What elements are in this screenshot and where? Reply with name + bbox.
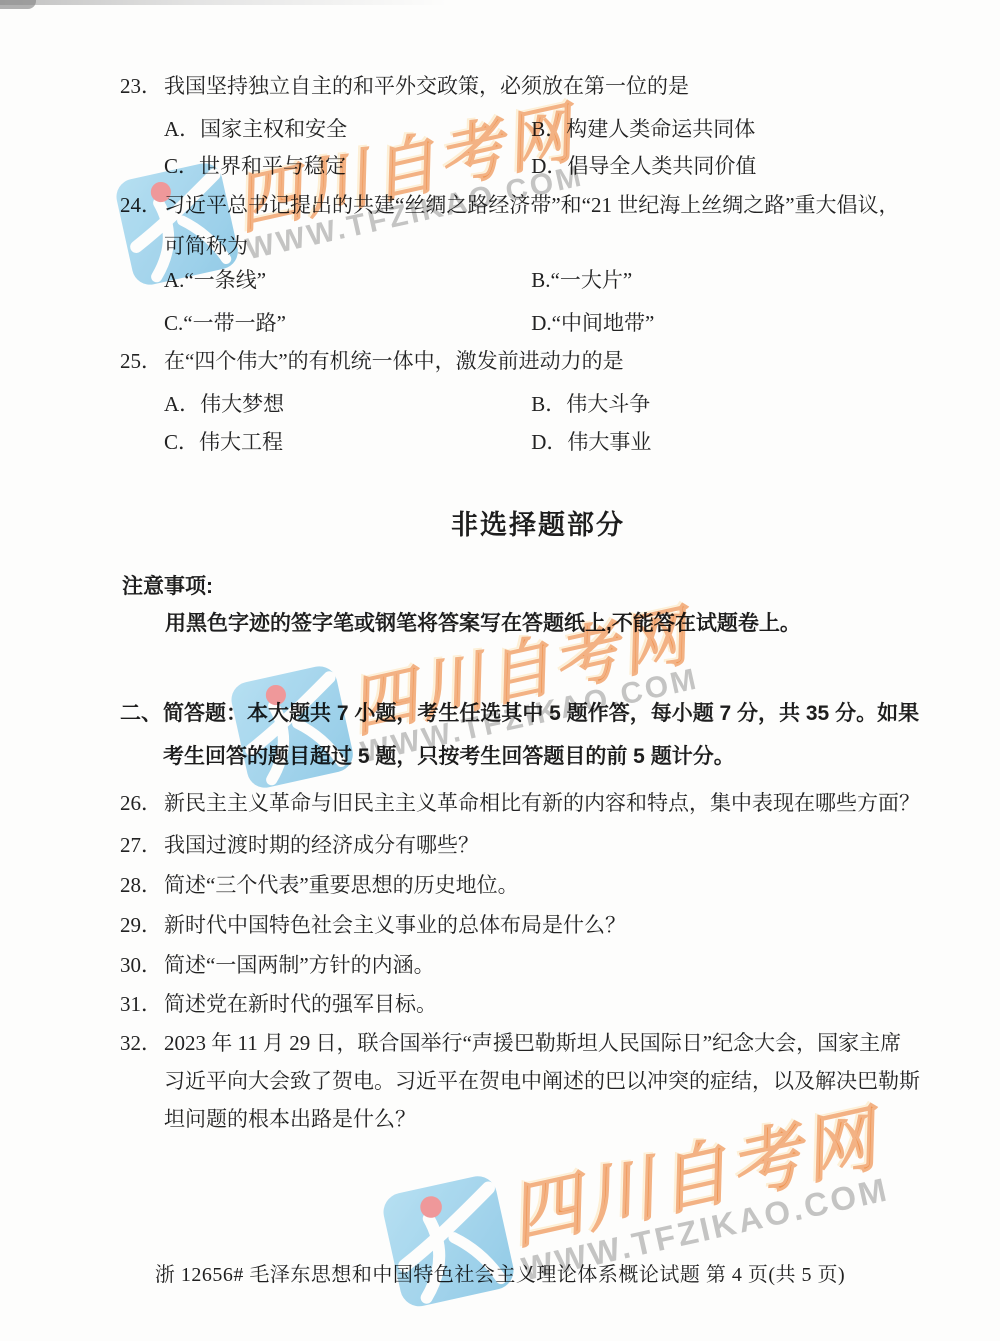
question-32: 32． 2023 年 11 月 29 日，联合国举行“声援巴勒斯坦人民国际日”纪…: [120, 1030, 901, 1056]
notice-label: 注意事项:: [122, 570, 213, 600]
part2-label: 简答题：: [163, 700, 247, 727]
question-text: 简述党在新时代的强军目标。: [164, 991, 437, 1017]
question-29: 29． 新时代中国特色社会主义事业的总体布局是什么？: [120, 912, 626, 938]
part2-line2: 考生回答的题目超过 5 题，只按考生回答题目的前 5 题计分。: [163, 740, 735, 770]
question-number: 28．: [120, 872, 164, 898]
q25-option-row-2: C．伟大工程 D．伟大事业: [164, 429, 651, 455]
part2-line1: 本大题共 7 小题，考生任选其中 5 题作答，每小题 7 分，共 35 分。如果: [247, 700, 919, 727]
q25-option-c: C．伟大工程: [164, 429, 526, 455]
q23-option-row-1: A．国家主权和安全 B．构建人类命运共同体: [164, 116, 755, 142]
scan-corner-artifact: [0, 0, 36, 9]
q25-option-row-1: A．伟大梦想 B．伟大斗争: [164, 391, 650, 417]
question-number: 32．: [120, 1030, 164, 1056]
question-stem: 我国坚持独立自主的和平外交政策，必须放在第一位的是: [164, 73, 689, 99]
question-number: 24．: [120, 192, 164, 218]
question-text: 我国过渡时期的经济成分有哪些？: [164, 832, 479, 858]
question-25: 25． 在“四个伟大”的有机统一体中，激发前进动力的是: [120, 348, 624, 374]
part2-number: 二、: [120, 700, 163, 727]
q32-line2: 习近平向大会致了贺电。习近平在贺电中阐述的巴以冲突的症结，以及解决巴勒斯: [164, 1068, 920, 1094]
question-number: 30．: [120, 952, 164, 978]
q23-option-b: B．构建人类命运共同体: [531, 117, 755, 141]
question-text: 新时代中国特色社会主义事业的总体布局是什么？: [164, 912, 626, 938]
question-text-line1: 2023 年 11 月 29 日，联合国举行“声援巴勒斯坦人民国际日”纪念大会，…: [164, 1030, 901, 1056]
question-number: 26．: [120, 790, 164, 816]
question-text: 新民主主义革命与旧民主主义革命相比有新的内容和特点，集中表现在哪些方面？: [164, 790, 920, 816]
q23-option-a: A．国家主权和安全: [164, 116, 526, 142]
q25-option-b: B．伟大斗争: [531, 392, 650, 416]
watermark: 四川自考网 WWW.TFZIKAO.COM: [110, 81, 586, 291]
zikao-logo-icon: [377, 1170, 520, 1313]
question-text: 简述“一国两制”方针的内涵。: [164, 952, 435, 978]
question-24: 24． 习近平总书记提出的共建“丝绸之路经济带”和“21 世纪海上丝绸之路”重大…: [120, 192, 900, 218]
question-23: 23． 我国坚持独立自主的和平外交政策，必须放在第一位的是: [120, 73, 689, 99]
q24-option-row-1: A.“一条线” B.“一大片”: [164, 267, 632, 293]
watermark-brand-text: 四川自考网: [503, 1102, 885, 1257]
q24-option-a: A.“一条线”: [164, 267, 526, 293]
question-number: 25．: [120, 348, 164, 374]
question-number: 29．: [120, 912, 164, 938]
q25-option-a: A．伟大梦想: [164, 391, 526, 417]
q24-option-c: C.“一带一路”: [164, 310, 526, 336]
q23-option-c: C．世界和平与稳定: [164, 153, 526, 179]
question-number: 31．: [120, 991, 164, 1017]
question-stem: 在“四个伟大”的有机统一体中，激发前进动力的是: [164, 348, 624, 374]
q32-line3: 坦问题的根本出路是什么？: [164, 1106, 416, 1132]
page-footer: 浙 12656# 毛泽东思想和中国特色社会主义理论体系概论试题 第 4 页(共 …: [0, 1258, 1000, 1287]
question-stem: 习近平总书记提出的共建“丝绸之路经济带”和“21 世纪海上丝绸之路”重大倡议，: [164, 192, 900, 218]
section-title: 非选择题部分: [451, 503, 625, 542]
question-number: 23．: [120, 73, 164, 99]
q23-option-d: D．倡导全人类共同价值: [531, 154, 756, 178]
q24-stem-line2: 可简称为: [164, 233, 248, 259]
question-28: 28． 简述“三个代表”重要思想的历史地位。: [120, 872, 519, 898]
exam-paper-page: 23． 我国坚持独立自主的和平外交政策，必须放在第一位的是 A．国家主权和安全 …: [0, 0, 1000, 1341]
question-30: 30． 简述“一国两制”方针的内涵。: [120, 952, 435, 978]
q25-option-d: D．伟大事业: [531, 430, 651, 454]
question-26: 26． 新民主主义革命与旧民主主义革命相比有新的内容和特点，集中表现在哪些方面？: [120, 790, 920, 816]
question-27: 27． 我国过渡时期的经济成分有哪些？: [120, 832, 479, 858]
question-31: 31． 简述党在新时代的强军目标。: [120, 991, 437, 1017]
q24-option-row-2: C.“一带一路” D.“中间地带”: [164, 310, 654, 336]
notice-text: 用黑色字迹的签字笔或钢笔将答案写在答题纸上,不能答在试题卷上。: [165, 607, 801, 637]
part2-header: 二、 简答题：本大题共 7 小题，考生任选其中 5 题作答，每小题 7 分，共 …: [120, 700, 919, 727]
question-text: 简述“三个代表”重要思想的历史地位。: [164, 872, 519, 898]
question-number: 27．: [120, 832, 164, 858]
scan-edge-artifact: [0, 0, 560, 5]
q23-option-row-2: C．世界和平与稳定 D．倡导全人类共同价值: [164, 153, 756, 179]
q24-option-b: B.“一大片”: [531, 268, 632, 292]
q24-option-d: D.“中间地带”: [531, 311, 654, 335]
